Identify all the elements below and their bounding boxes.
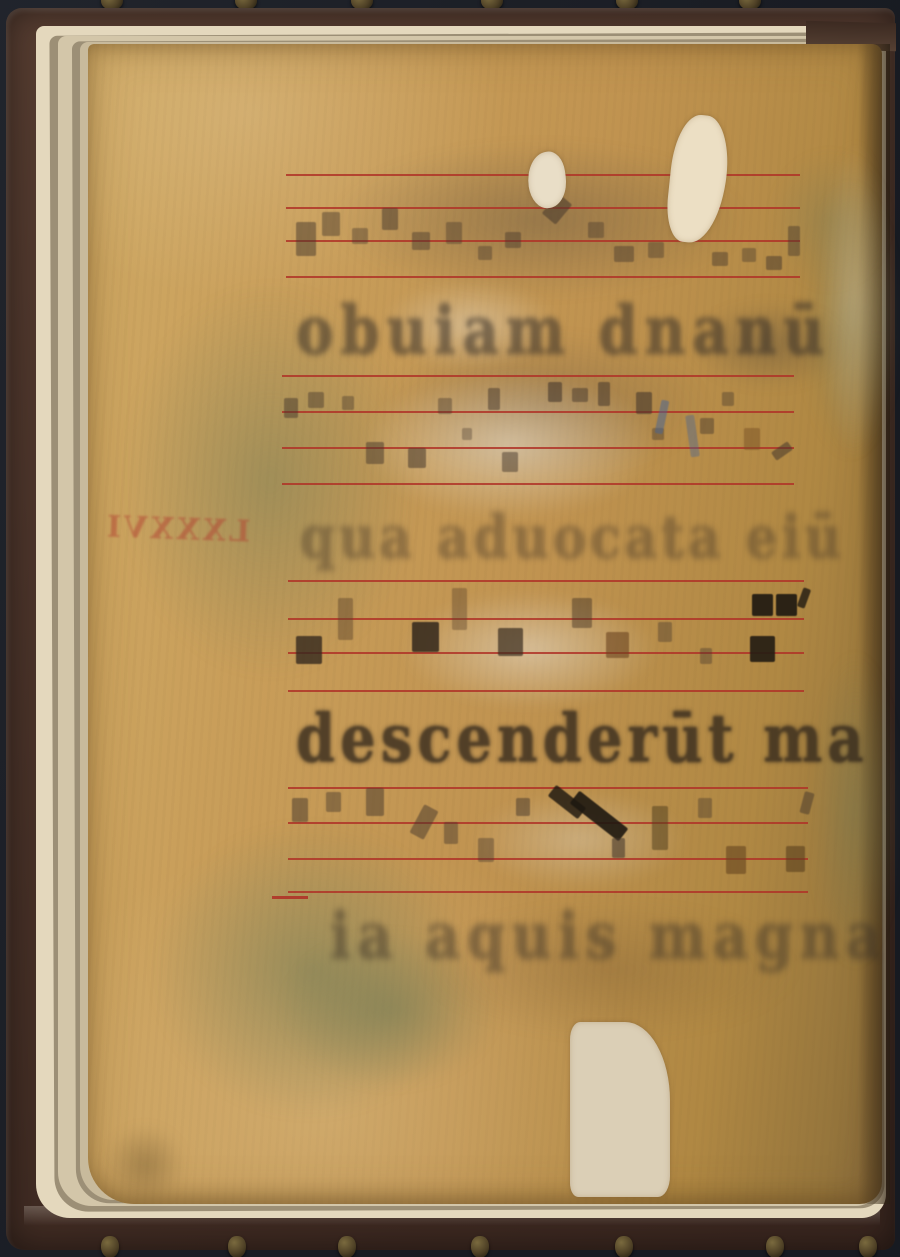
manuscript-photo: obuiam dnanūqua aduocata eiūdescenderūt … (0, 0, 900, 1257)
neume-square (444, 822, 458, 844)
neume-square (296, 222, 316, 256)
neume-square (438, 398, 452, 414)
neume-square (502, 452, 518, 472)
stud-icon (615, 1236, 633, 1257)
neume-square (478, 838, 494, 862)
neume-square (292, 798, 308, 822)
neume-square (352, 228, 368, 244)
neume-square (700, 418, 714, 434)
neume-square (698, 798, 712, 818)
neume-square (776, 594, 797, 616)
neume-square (366, 788, 384, 816)
neume-square (712, 252, 728, 266)
neume-square (788, 226, 800, 256)
neume-square (614, 246, 634, 262)
neume-square (412, 622, 439, 652)
neume-square (548, 382, 562, 402)
staff-3-line-3 (288, 652, 804, 654)
neume-square (326, 792, 341, 812)
staff-2-line-1 (282, 375, 794, 377)
neume-square (700, 648, 712, 664)
neume-square (342, 396, 354, 410)
staff-2-line-2 (282, 411, 794, 413)
neume-square (446, 222, 462, 244)
binding-studs-bottom (0, 1234, 900, 1257)
staff-3-line-2 (288, 618, 804, 620)
white-abrasion-1 (360, 370, 660, 520)
neume-square (505, 232, 521, 248)
neume-square (786, 846, 805, 872)
neume-square (722, 392, 734, 406)
neume-square (322, 212, 340, 236)
neume-square (752, 594, 773, 616)
neume-square (726, 846, 746, 874)
neume-square (658, 622, 672, 642)
stud-icon (338, 1236, 356, 1257)
neume-square (742, 248, 756, 262)
neume-square (488, 388, 500, 410)
staff-4-line-2 (288, 822, 808, 824)
stud-icon (101, 1236, 119, 1257)
brown-stain-bottom-left (105, 1125, 185, 1205)
stud-icon (859, 1236, 877, 1257)
neume-square (516, 798, 530, 816)
staff-2-line-3 (282, 447, 794, 449)
neume-square (284, 398, 298, 418)
neume-square (771, 441, 793, 461)
neume-square (408, 448, 426, 468)
neume-square (572, 598, 592, 628)
staff-3-line-1 (288, 580, 804, 582)
neume-square (338, 598, 353, 640)
lyric-line-4: ia aquis magna (330, 898, 888, 974)
neume-square (797, 587, 811, 609)
staff-4-line-4 (288, 891, 808, 893)
parchment-loss-patch (570, 1022, 670, 1197)
neume-square (766, 256, 782, 270)
neume-square (648, 242, 664, 258)
neume-square (296, 636, 322, 664)
neume-square (744, 428, 760, 450)
neume-square (606, 632, 629, 658)
stray-red-mark (272, 896, 308, 899)
page-markings-layer: obuiam dnanūqua aduocata eiūdescenderūt … (0, 0, 900, 1257)
neume-square (572, 388, 588, 402)
neume-square (308, 392, 324, 408)
lyric-line-2: qua aduocata eiū (300, 502, 845, 572)
neume-square (382, 208, 398, 230)
neume-square (366, 442, 384, 464)
stud-icon (766, 1236, 784, 1257)
neume-square (498, 628, 523, 656)
folio-number: LXXXVI (103, 509, 250, 549)
neume-square (588, 222, 604, 238)
staff-1-line-4 (286, 276, 800, 278)
stud-icon (471, 1236, 489, 1257)
neume-square (652, 806, 668, 850)
neume-square (412, 232, 430, 250)
neume-square (478, 246, 492, 260)
lyric-line-1: obuiam dnanū (296, 292, 831, 370)
neume-square (462, 428, 472, 440)
neume-square (750, 636, 775, 662)
neume-square (598, 382, 610, 406)
neume-square (452, 588, 467, 630)
neume-square (612, 838, 625, 858)
stud-icon (228, 1236, 246, 1257)
staff-2-line-4 (282, 483, 794, 485)
staff-3-line-4 (288, 690, 804, 692)
neume-square (636, 392, 652, 414)
lyric-line-3: descenderūt ma (296, 700, 869, 778)
